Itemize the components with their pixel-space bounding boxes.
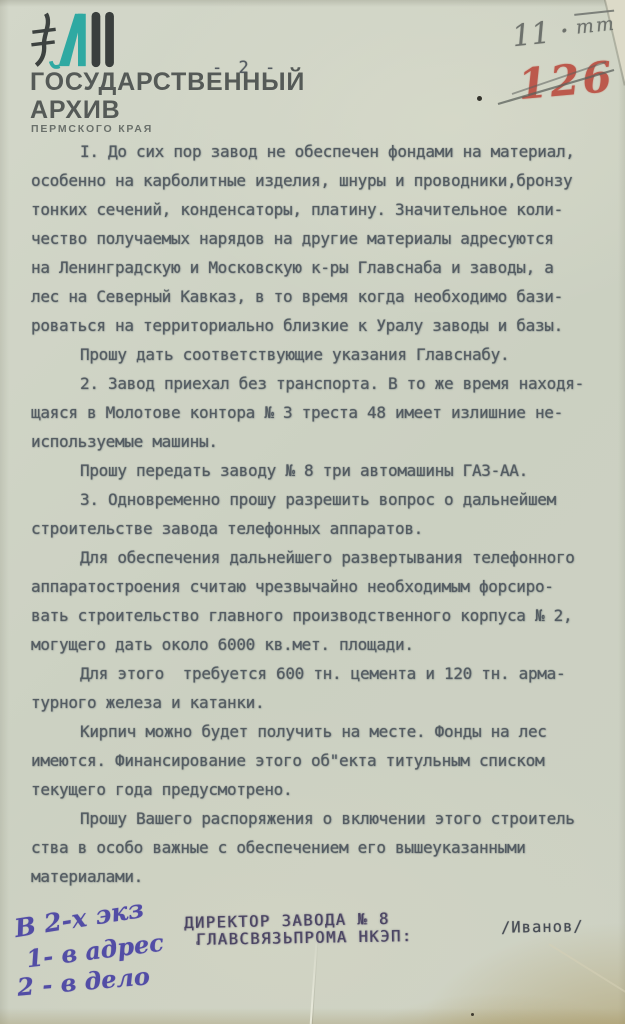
typed-line: текущего года предусмотрено. [31,775,611,804]
signature-name: /Иванов/ [501,917,584,936]
typed-line: материалами. [31,862,611,891]
typed-line: чество получаемых нарядов на другие мате… [31,224,611,253]
diagonal-crease [549,943,625,1008]
typed-line: Для обеспечения дальнейшего развертывани… [31,543,611,572]
typed-line: Для этого требуется 600 тн. цемента и 12… [31,659,611,688]
pencil-strikethrough [488,52,625,112]
typed-line: роваться на территориально близкие к Ура… [31,311,611,340]
watermark-region-line: ПЕРМСКОГО КРАЯ [31,123,153,135]
typed-line: лес на Северный Кавказ, в то время когда… [31,282,611,311]
ink-speck [471,1013,474,1016]
archive-watermark: ГОСУДАРСТВЕННЫЙ АРХИВ ПЕРМСКОГО КРАЯ [28,6,128,77]
typed-line: ства в особо важные с обеспечением его в… [31,833,611,862]
typed-line: имеются. Финансирование этого об"екта ти… [31,746,611,775]
typed-line: I. До сих пор завод не обеспечен фондами… [31,137,611,166]
typed-line: могущего дать около 6000 кв.мет. площади… [31,630,611,659]
typed-line: 2. Завод приехал без транспорта. В то же… [31,369,611,398]
typed-line: Кирпич можно будет получить на месте. Фо… [31,717,611,746]
typed-line: особенно на карболитные изделия, шнуры и… [31,166,611,195]
watermark-archive-name-line2: АРХИВ [30,96,120,125]
signature-title-line2: ГЛАВСВЯЗЬПРОМА НКЭП: [196,927,413,949]
folio-suffix: тт [574,10,616,39]
scanned-archival-document: ГОСУДАРСТВЕННЫЙ АРХИВ ПЕРМСКОГО КРАЯ - 2… [0,0,625,1024]
ink-speck [477,96,482,101]
ink-speck [196,941,199,945]
typed-line: Прошу Вашего распоряжения о включении эт… [31,804,611,833]
watermark-archive-name-line1: ГОСУДАРСТВЕННЫЙ [30,68,305,97]
typed-body: I. До сих пор завод не обеспечен фондами… [31,137,611,891]
pencil-folio-number: 11 ·тт [510,9,617,55]
typed-line: строительстве завода телефонных аппарато… [31,514,611,543]
typed-line: щаяся в Молотове контора № 3 треста 48 и… [31,398,611,427]
typed-line: вать строительство главного производстве… [31,601,611,630]
typed-line: Прошу дать соответствующие указания Глав… [31,340,611,369]
typed-line: аппаратостроения считаю чрезвычайно необ… [31,572,611,601]
folio-value: 11 · [510,14,571,55]
archive-emblem-icon [28,6,128,72]
typed-line: используемые машины. [31,427,611,456]
typed-line: турного железа и катанки. [31,688,611,717]
typed-line: 3. Одновременно прошу разрешить вопрос о… [31,485,611,514]
typed-line: тонких сечений, конденсаторы, платину. З… [31,195,611,224]
typed-line: на Ленинградскую и Московскую к-ры Главс… [31,253,611,282]
typed-line: Прошу передать заводу № 8 три автомашины… [31,456,611,485]
